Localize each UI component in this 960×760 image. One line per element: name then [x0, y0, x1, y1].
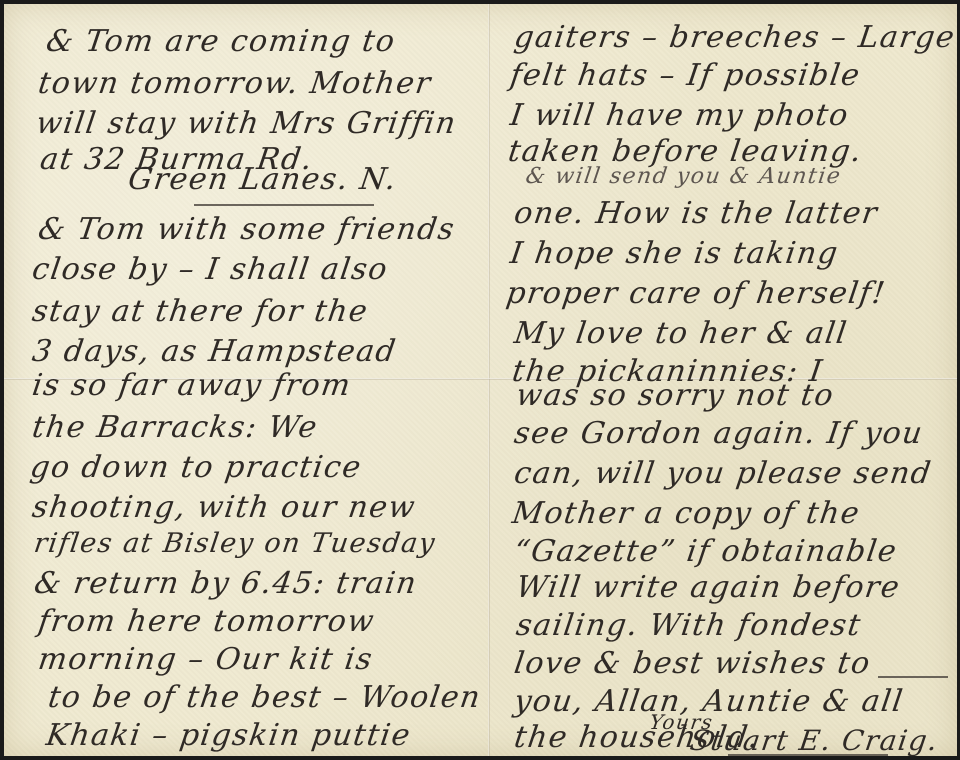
- text-line: see Gordon again. If you: [512, 416, 926, 451]
- text-line: love & best wishes to: [512, 646, 873, 681]
- text-line-inserted: & will send you & Auntie: [524, 164, 843, 189]
- vertical-fold-crease: [488, 4, 490, 756]
- text-line: I hope she is taking: [508, 236, 841, 271]
- text-line: to be of the best – Woolen: [46, 680, 484, 715]
- text-line: felt hats – If possible: [508, 58, 863, 93]
- text-line: My love to her & all: [512, 316, 850, 351]
- text-line: & Tom are coming to: [44, 24, 398, 59]
- text-line: Will write again before: [514, 570, 903, 605]
- signature-underline: [728, 754, 888, 756]
- text-line: sailing. With fondest: [514, 608, 864, 643]
- text-line: can, will you please send: [512, 456, 934, 491]
- text-line: rifles at Bisley on Tuesday: [32, 528, 438, 559]
- text-line: Mother a copy of the: [510, 496, 863, 531]
- text-line: & return by 6.45: train: [32, 566, 420, 601]
- text-line: 3 days, as Hampstead: [30, 334, 399, 369]
- text-line: one. How is the latter: [512, 196, 880, 231]
- text-line: “Gazette” if obtainable: [512, 534, 900, 569]
- text-line: will stay with Mrs Griffin: [34, 106, 459, 141]
- text-line: close by – I shall also: [30, 252, 390, 287]
- text-line: from here tomorrow: [36, 604, 377, 639]
- text-line: & Tom with some friends: [36, 212, 457, 247]
- address-underline: [194, 204, 374, 206]
- text-line: proper care of herself!: [504, 276, 888, 311]
- text-line: morning – Our kit is: [36, 642, 375, 677]
- address-line: Green Lanes. N.: [126, 162, 399, 197]
- text-line: gaiters – breeches – Large: [512, 20, 958, 55]
- signature: Stuart E. Craig.: [688, 724, 941, 757]
- text-line: I will have my photo: [508, 98, 851, 133]
- text-line: shooting, with our new: [30, 490, 418, 525]
- text-line: the Barracks: We: [30, 410, 320, 445]
- text-line: Khaki – pigskin puttie: [44, 718, 413, 753]
- text-line: was so sorry not to: [514, 378, 837, 413]
- letter-sheet: & Tom are coming to town tomorrow. Mothe…: [4, 4, 957, 756]
- all-underline: [878, 676, 948, 678]
- text-line: is so far away from: [30, 368, 354, 403]
- text-line: go down to practice: [28, 450, 364, 485]
- text-line: town tomorrow. Mother: [36, 66, 434, 101]
- text-line: stay at there for the: [30, 294, 371, 329]
